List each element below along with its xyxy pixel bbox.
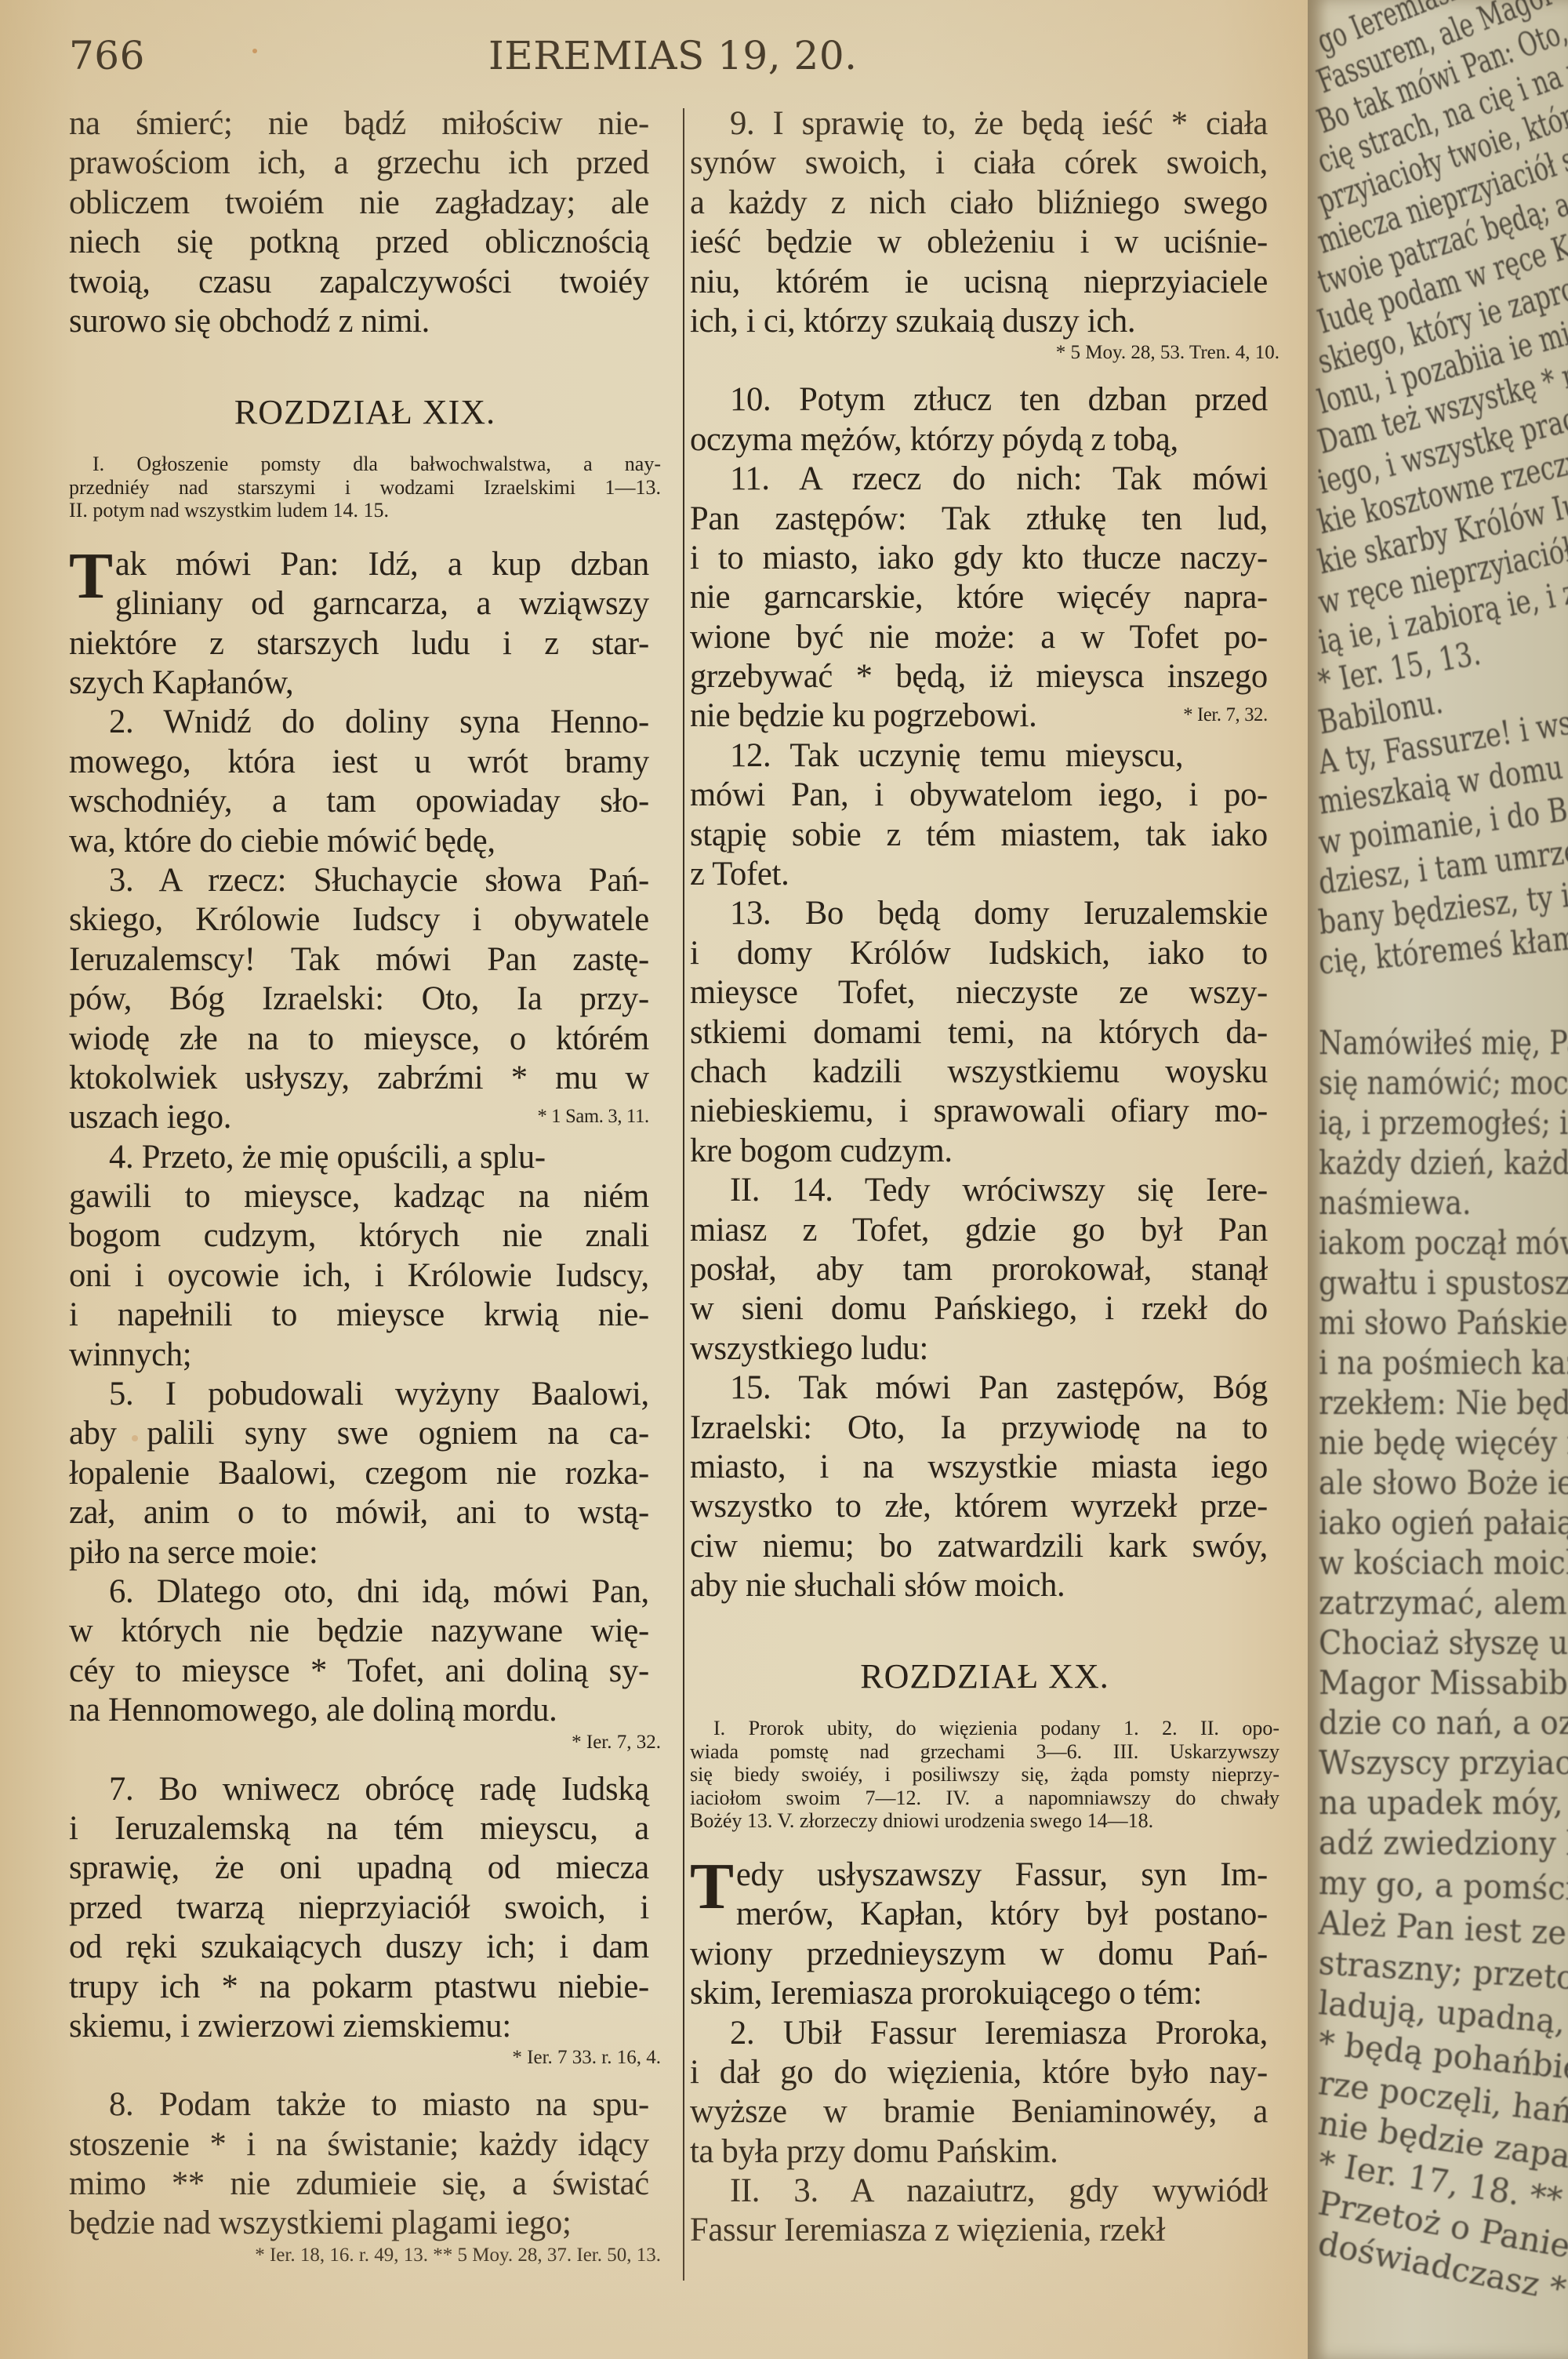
text-line-content: nie garncarskie, które więcéy napra- bbox=[690, 578, 1268, 616]
text-line: chach kadzili wszystkiemu woysku bbox=[690, 1052, 1268, 1091]
spacer bbox=[69, 522, 661, 544]
text-line: wiony przednieyszym w domu Pań- bbox=[690, 1934, 1268, 1973]
text-line: gliniany od garncarza, a wziąwszy bbox=[69, 583, 649, 623]
chapter-title: ROZDZIAŁ XX. bbox=[690, 1656, 1279, 1696]
text-line-content: surowo się obchodź z nimi. bbox=[69, 302, 430, 340]
text-line-content: II. 3. A nazaiutrz, gdy wywiódł bbox=[730, 2172, 1268, 2209]
text-line-content: i domy Królów Iudskich, iako to bbox=[690, 934, 1268, 972]
text-line-content: merów, Kapłan, który był postano- bbox=[736, 1895, 1268, 1932]
text-line-content: edy usłyszawszy Fassur, syn Im- bbox=[736, 1856, 1268, 1893]
text-line: skiemu, i zwierzowi ziemskiemu: bbox=[69, 2006, 649, 2045]
text-line-content: stkiemi domami temi, na których da- bbox=[690, 1013, 1268, 1051]
right-column: 9. I sprawię to, że będą ieść * ciałasyn… bbox=[690, 104, 1279, 2250]
text-line-content: w sieni domu Pańskiego, i rzekł do bbox=[690, 1289, 1268, 1327]
text-line: trupy ich * na pokarm ptastwu niebie- bbox=[69, 1967, 649, 2006]
spacer bbox=[69, 2070, 661, 2085]
text-line-content: 13. Bo będą domy Ieruzalemskie bbox=[730, 894, 1268, 932]
text-line-content: nie będzie ku pogrzebowi. bbox=[690, 696, 1036, 734]
text-line-content: 4. Przeto, że mię opuścili, a splu- bbox=[109, 1138, 546, 1176]
text-line: synów swoich, i ciała córek swoich, bbox=[690, 143, 1268, 182]
footnote: * Ier. 18, 16. r. 49, 13. ** 5 Moy. 28, … bbox=[69, 2243, 661, 2268]
text-line-content: mowego, która iest u wrót bramy bbox=[69, 743, 649, 780]
text-line: mieysce Tofet, nieczyste ze wszy- bbox=[690, 972, 1268, 1012]
text-line: i to miasto, iako gdy kto tłucze naczy- bbox=[690, 538, 1268, 577]
text-line: na śmierć; nie bądź miłościw nie- bbox=[69, 104, 649, 143]
text-line: surowo się obchodź z nimi. bbox=[69, 301, 649, 340]
text-line-content: niu, którém ie ucisną nieprzyiaciele bbox=[690, 263, 1268, 300]
text-line: posłał, aby tam prorokował, stanął bbox=[690, 1249, 1268, 1289]
text-line: sprawię, że oni upadną od miecza bbox=[69, 1848, 649, 1887]
spacer bbox=[690, 1833, 1279, 1855]
spacer bbox=[69, 2268, 661, 2282]
adjacent-page-line: iako ogień pałaiący, zam bbox=[1319, 1503, 1568, 1542]
text-line-content: 2. Wnidź do doliny syna Henno- bbox=[109, 703, 649, 740]
text-line-content: 7. Bo wniwecz obrócę radę Iudską bbox=[109, 1770, 649, 1808]
adjacent-page-line: gwałtu i spustoszenia krzy- bbox=[1319, 1263, 1568, 1302]
text-line-content: ak mówi Pan: Idź, a kup dzban bbox=[115, 545, 649, 583]
text-line: niu, którém ie ucisną nieprzyiaciele bbox=[690, 262, 1268, 301]
text-line-content: mimo ** nie zdumieie się, a świstać bbox=[69, 2165, 649, 2202]
text-line: w których nie będzie nazywane wię- bbox=[69, 1611, 649, 1650]
text-line-content: kre bogom cudzym. bbox=[690, 1132, 953, 1169]
text-line-content: będzie nad wszystkiemi plagami iego; bbox=[69, 2204, 572, 2241]
text-line-content: miasz z Tofet, gdzie go był Pan bbox=[690, 1211, 1268, 1249]
text-line-content: stąpię sobie z tém miastem, tak iako bbox=[690, 816, 1268, 853]
text-line: nie garncarskie, które więcéy napra- bbox=[690, 577, 1268, 616]
text-line-content: sprawię, że oni upadną od miecza bbox=[69, 1848, 649, 1886]
text-line: 3. A rzecz: Słuchaycie słowa Pań- bbox=[69, 860, 649, 900]
text-line-content: posłał, aby tam prorokował, stanął bbox=[690, 1250, 1268, 1288]
text-line-content: skiego, Królowie Iudscy i obywatele bbox=[69, 900, 649, 938]
running-head: 766 IEREMIAS 19, 20. bbox=[69, 33, 1276, 88]
text-line: 15. Tak mówi Pan zastępów, Bóg bbox=[690, 1368, 1268, 1407]
text-line-content: obliczem twoiém nie zagładzay; ale bbox=[69, 184, 649, 221]
text-line: a każdy z nich ciało bliźniego swego bbox=[690, 183, 1268, 222]
verse: 10. Potym ztłucz ten dzban przedoczyma m… bbox=[690, 380, 1279, 459]
text-line: łopalenie Baalowi, czegom nie rozka- bbox=[69, 1453, 649, 1492]
text-line-content: ieść będzie w obleżeniu i w uciśnie- bbox=[690, 223, 1268, 260]
footnote: * Ier. 7, 32. bbox=[69, 1730, 661, 1755]
running-title: IEREMIAS 19, 20. bbox=[488, 33, 858, 78]
text-line-content: céy to mieysce * Tofet, ani doliną sy- bbox=[69, 1652, 649, 1689]
footnote: * 5 Moy. 28, 53. Tren. 4, 10. bbox=[690, 340, 1279, 365]
text-line: mowego, która iest u wrót bramy bbox=[69, 742, 649, 781]
text-line: w sieni domu Pańskiego, i rzekł do bbox=[690, 1289, 1268, 1328]
text-line: stkiemi domami temi, na których da- bbox=[690, 1012, 1268, 1052]
text-line-content: 11. A rzecz do nich: Tak mówi bbox=[730, 460, 1268, 497]
text-line-content: II. 14. Tedy wróciwszy się Iere- bbox=[730, 1171, 1268, 1209]
text-line-content: 6. Dlatego oto, dni idą, mówi Pan, bbox=[109, 1572, 649, 1610]
text-line: ktokolwiek usłyszy, zabrźmi * mu w bbox=[69, 1058, 649, 1097]
verse: II. 14. Tedy wróciwszy się Iere-miasz z … bbox=[690, 1170, 1279, 1368]
text-line: będzie nad wszystkiemi plagami iego; bbox=[69, 2203, 649, 2242]
text-line-content: 3. A rzecz: Słuchaycie słowa Pań- bbox=[109, 861, 649, 899]
text-line: 11. A rzecz do nich: Tak mówi bbox=[690, 459, 1268, 498]
text-line: pów, Bóg Izraelski: Oto, Ia przy- bbox=[69, 979, 649, 1018]
text-line-content: gawili to mieysce, kadząc na niém bbox=[69, 1177, 649, 1215]
text-line: niech się potkną przed oblicznością bbox=[69, 222, 649, 261]
text-line-content: i dał go do więzienia, które było nay- bbox=[690, 2053, 1268, 2091]
text-line: 7. Bo wniwecz obrócę radę Iudską bbox=[69, 1769, 649, 1808]
text-line: i napełnili to mieysce krwią nie- bbox=[69, 1295, 649, 1334]
spacer bbox=[690, 365, 1279, 380]
text-line-content: oczyma mężów, którzy póydą z tobą, bbox=[690, 420, 1178, 458]
text-line: ich, i ci, którzy szukaią duszy ich. bbox=[690, 301, 1268, 340]
text-line-content: pów, Bóg Izraelski: Oto, Ia przy- bbox=[69, 980, 649, 1017]
text-line: prawościom ich, a grzechu ich przed bbox=[69, 143, 649, 182]
text-line-content: mieysce Tofet, nieczyste ze wszy- bbox=[690, 973, 1268, 1011]
text-line-content: wyższe w bramie Beniaminowéy, a bbox=[690, 2092, 1268, 2130]
text-line: winnych; bbox=[69, 1335, 649, 1374]
text-line: Ieruzalemscy! Tak mówi Pan zastę- bbox=[69, 940, 649, 979]
page-number: 766 bbox=[69, 33, 145, 78]
text-line: miasz z Tofet, gdzie go był Pan bbox=[690, 1210, 1268, 1249]
text-line: merów, Kapłan, który był postano- bbox=[690, 1894, 1268, 1933]
adjacent-page-line: na upadek móy, mówiąc bbox=[1319, 1783, 1568, 1822]
text-line: ta była przy domu Pańskim. bbox=[690, 2132, 1268, 2171]
chapter-summary-line: się biedy swoiéy, i posiliwszy się, żąda… bbox=[690, 1763, 1279, 1787]
text-line-content: ciw niemu; bo zatwardzili kark swóy, bbox=[690, 1527, 1268, 1565]
adjacent-page-line: Namówiłeś mię, Panie! a bbox=[1319, 1023, 1568, 1062]
column-divider bbox=[683, 108, 684, 2281]
text-line: II. 3. A nazaiutrz, gdy wywiódł bbox=[690, 2171, 1268, 2210]
adjacent-page-line: w kościach moich, którym bbox=[1319, 1543, 1568, 1582]
text-line-content: 15. Tak mówi Pan zastępów, Bóg bbox=[730, 1369, 1268, 1406]
footnote: * Ier. 7, 32. bbox=[1183, 696, 1268, 735]
text-line: zał, anim o to mówił, ani to wstą- bbox=[69, 1492, 649, 1532]
adjacent-page-line: ią, i przemogłeś; iestem na bbox=[1319, 1103, 1568, 1142]
text-line: wschodniéy, a tam opowiaday sło- bbox=[69, 781, 649, 820]
text-line: mówi Pan, i obywatelom iego, i po- bbox=[690, 775, 1268, 814]
verse: 11. A rzecz do nich: Tak mówiPan zastępó… bbox=[690, 459, 1279, 736]
adjacent-page-line: ale słowo Boże iest w sercu bbox=[1319, 1463, 1568, 1502]
text-line: Fassur Ieremiasza z więzienia, rzekł bbox=[690, 2210, 1268, 2249]
adjacent-page-line: rzekłem: Nie będę go wspomi bbox=[1319, 1383, 1568, 1422]
text-line-content: niektóre z starszych ludu i z star- bbox=[69, 624, 649, 662]
text-line-content: miasto, i na wszystkie miasta iego bbox=[690, 1448, 1268, 1485]
text-line-content: uszach iego. bbox=[69, 1098, 231, 1136]
text-line: wione być nie może: a w Tofet po- bbox=[690, 617, 1268, 656]
footnote: * Ier. 7 33. r. 16, 4. bbox=[69, 2045, 661, 2070]
chapter-summary-line: I. Prorok ubity, do więzienia podany 1. … bbox=[690, 1717, 1279, 1740]
text-line-content: z Tofet. bbox=[690, 855, 789, 892]
verse: 4. Przeto, że mię opuścili, a splu-gawil… bbox=[69, 1137, 661, 1374]
text-line: wszystko to złe, którem wyrzekł prze- bbox=[690, 1486, 1268, 1525]
text-line: niebieskiemu, i sprawowali ofiary mo- bbox=[690, 1091, 1268, 1130]
verse: Tak mówi Pan: Idź, a kup dzbangliniany o… bbox=[69, 544, 661, 703]
text-line: wa, które do ciebie mówić będę, bbox=[69, 821, 649, 860]
chapter-summary-line: przedniéy nad starszymi i wodzami Izrael… bbox=[69, 476, 661, 500]
text-line-content: na Hennomowego, ale doliną mordu. bbox=[69, 1691, 557, 1728]
text-line: Pan zastępów: Tak ztłukę ten lud, bbox=[690, 499, 1268, 538]
text-line-content: 10. Potym ztłucz ten dzban przed bbox=[730, 380, 1268, 418]
text-line-content: w których nie będzie nazywane wię- bbox=[69, 1612, 649, 1649]
text-line: 13. Bo będą domy Ieruzalemskie bbox=[690, 893, 1268, 932]
text-line-content: stoszenie * i na świstanie; każdy idący bbox=[69, 2125, 649, 2163]
verse: 9. I sprawię to, że będą ieść * ciałasyn… bbox=[690, 104, 1279, 380]
text-line: stąpię sobie z tém miastem, tak iako bbox=[690, 815, 1268, 854]
chapter-summary-line: I. Ogłoszenie pomsty dla bałwochwalstwa,… bbox=[69, 453, 661, 476]
text-line-content: oni i oycowie ich, i Królowie Iudscy, bbox=[69, 1256, 649, 1294]
text-line-content: gliniany od garncarza, a wziąwszy bbox=[115, 584, 649, 622]
text-line-content: piło na serce moie: bbox=[69, 1533, 318, 1571]
text-line-content: wiony przednieyszym w domu Pań- bbox=[690, 1935, 1268, 1972]
chapter-summary-line: Bożéy 13. V. złorzeczy dniowi urodzenia … bbox=[690, 1809, 1279, 1833]
spacer bbox=[69, 1755, 661, 1769]
text-line-content: na śmierć; nie bądź miłościw nie- bbox=[69, 104, 649, 142]
text-line-content: i to miasto, iako gdy kto tłucze naczy- bbox=[690, 539, 1268, 576]
adjacent-page-line: zatrzymać, alem nie mógł, bbox=[1319, 1583, 1568, 1622]
text-line: 2. Ubił Fassur Ieremiasza Proroka, bbox=[690, 2013, 1268, 2052]
text-line-content: wschodniéy, a tam opowiaday sło- bbox=[69, 782, 649, 820]
text-line: II. 14. Tedy wróciwszy się Iere- bbox=[690, 1170, 1268, 1209]
text-line-content: mówi Pan, i obywatelom iego, i po- bbox=[690, 776, 1268, 813]
text-line: céy to mieysce * Tofet, ani doliną sy- bbox=[69, 1651, 649, 1690]
text-line: szych Kapłanów, bbox=[69, 663, 649, 702]
adjacent-page-line: każdy dzień, każdy się bbox=[1319, 1143, 1568, 1182]
verse: 12. Tak uczynię temu mieyscu,mówi Pan, i… bbox=[690, 736, 1279, 894]
text-line-content: wiodę złe na to mieysce, o którém bbox=[69, 1020, 649, 1057]
verse: 15. Tak mówi Pan zastępów, BógIzraelski:… bbox=[690, 1368, 1279, 1605]
text-line-content: ta była przy domu Pańskim. bbox=[690, 2132, 1058, 2170]
verse: 2. Wnidź do doliny syna Henno-mowego, kt… bbox=[69, 702, 661, 860]
adjacent-page-line: Chociaż słyszę urąganie od wie bbox=[1319, 1623, 1568, 1662]
adjacent-page-line: i na pośmiech każdy dzień bbox=[1319, 1343, 1568, 1382]
text-line: z Tofet. bbox=[690, 854, 1268, 893]
text-line: i domy Królów Iudskich, iako to bbox=[690, 933, 1268, 972]
text-line: 9. I sprawię to, że będą ieść * ciała bbox=[690, 104, 1268, 143]
text-line-content: wa, które do ciebie mówić będę, bbox=[69, 822, 495, 860]
text-line: grzebywać * będą, iż mieysca inszego bbox=[690, 656, 1268, 696]
text-line: na Hennomowego, ale doliną mordu. bbox=[69, 1690, 649, 1729]
text-line: oczyma mężów, którzy póydą z tobą, bbox=[690, 420, 1268, 459]
text-line: wyższe w bramie Beniaminowéy, a bbox=[690, 2092, 1268, 2131]
verse: 6. Dlatego oto, dni idą, mówi Pan,w któr… bbox=[69, 1572, 661, 1769]
text-line: bogom cudzym, których nie znali bbox=[69, 1216, 649, 1255]
text-line-content: przed twarzą nieprzyiaciół swoich, i bbox=[69, 1888, 649, 1926]
adjacent-page-line: Wszyscy przyiaciele mo bbox=[1319, 1743, 1568, 1782]
book-page: 766 IEREMIAS 19, 20. na śmierć; nie bądź… bbox=[0, 0, 1308, 2359]
text-line: ciw niemu; bo zatwardzili kark swóy, bbox=[690, 1526, 1268, 1565]
text-line: nie będzie ku pogrzebowi.* Ier. 7, 32. bbox=[690, 696, 1268, 735]
text-line-content: prawościom ich, a grzechu ich przed bbox=[69, 144, 649, 181]
text-line-content: skiemu, i zwierzowi ziemskiemu: bbox=[69, 2007, 511, 2045]
text-line: miasto, i na wszystkie miasta iego bbox=[690, 1447, 1268, 1486]
text-line: niektóre z starszych ludu i z star- bbox=[69, 623, 649, 663]
chapter-summary-line: iaciołom swoim 7—12. IV. a napomniawszy … bbox=[690, 1787, 1279, 1810]
adjacent-page-line: naśmiewa. bbox=[1319, 1183, 1471, 1222]
text-line: wszystkiego ludu: bbox=[690, 1329, 1268, 1368]
text-line-content: niech się potkną przed oblicznością bbox=[69, 223, 649, 260]
text-line-content: ich, i ci, którzy szukaią duszy ich. bbox=[690, 302, 1135, 340]
text-line: 5. I pobudowali wyżyny Baalowi, bbox=[69, 1374, 649, 1413]
verse: 5. I pobudowali wyżyny Baalowi,aby palil… bbox=[69, 1374, 661, 1572]
left-column: na śmierć; nie bądź miłościw nie-prawośc… bbox=[69, 104, 661, 2282]
text-line: stoszenie * i na świstanie; każdy idący bbox=[69, 2125, 649, 2164]
text-line-content: zał, anim o to mówił, ani to wstą- bbox=[69, 1493, 649, 1531]
text-line: skim, Ieremiasza prorokuiącego o tém: bbox=[690, 1973, 1268, 2012]
text-line: Izraelski: Oto, Ia przywiodę na to bbox=[690, 1408, 1268, 1447]
text-line: edy usłyszawszy Fassur, syn Im- bbox=[690, 1855, 1268, 1894]
text-line: mimo ** nie zdumieie się, a świstać bbox=[69, 2164, 649, 2203]
text-line: 2. Wnidź do doliny syna Henno- bbox=[69, 702, 649, 741]
text-line: ieść będzie w obleżeniu i w uciśnie- bbox=[690, 222, 1268, 261]
text-line-content: niebieskiemu, i sprawowali ofiary mo- bbox=[690, 1092, 1268, 1129]
text-line-content: chach kadzili wszystkiemu woysku bbox=[690, 1052, 1268, 1090]
text-line: uszach iego.* 1 Sam. 3, 11. bbox=[69, 1097, 649, 1136]
footnote: * 1 Sam. 3, 11. bbox=[538, 1097, 649, 1136]
text-line-content: aby nie słuchali słów moich. bbox=[690, 1566, 1065, 1604]
text-line-content: grzebywać * będą, iż mieysca inszego bbox=[690, 657, 1268, 695]
text-line-content: i napełnili to mieysce krwią nie- bbox=[69, 1296, 649, 1333]
text-line: 12. Tak uczynię temu mieyscu, bbox=[690, 736, 1268, 775]
text-line: skiego, Królowie Iudscy i obywatele bbox=[69, 900, 649, 939]
verse: 8. Podam także to miasto na spu-stoszeni… bbox=[69, 2085, 661, 2282]
adjacent-page-line: dzie co nań, a oznaymiemy t bbox=[1319, 1703, 1568, 1742]
text-line-content: twoią, czasu zapalczywości twoiéy bbox=[69, 263, 649, 300]
text-line: aby palili syny swe ogniem na ca- bbox=[69, 1413, 649, 1452]
text-line: wiodę złe na to mieysce, o którém bbox=[69, 1019, 649, 1058]
verse: II. 3. A nazaiutrz, gdy wywiódłFassur Ie… bbox=[690, 2171, 1279, 2250]
text-line: od ręki szukaiących duszy ich; i dam bbox=[69, 1927, 649, 1966]
text-line-content: Izraelski: Oto, Ia przywiodę na to bbox=[690, 1408, 1268, 1446]
text-line-content: winnych; bbox=[69, 1336, 191, 1373]
text-line-content: Ieruzalemscy! Tak mówi Pan zastę- bbox=[69, 940, 649, 978]
verse: 3. A rzecz: Słuchaycie słowa Pań-skiego,… bbox=[69, 860, 661, 1137]
text-line: przed twarzą nieprzyiaciół swoich, i bbox=[69, 1888, 649, 1927]
verse: 7. Bo wniwecz obrócę radę Iudskąi Ieruza… bbox=[69, 1769, 661, 2085]
text-line: obliczem twoiém nie zagładzay; ale bbox=[69, 183, 649, 222]
text-line: piło na serce moie: bbox=[69, 1532, 649, 1572]
text-line-content: 2. Ubił Fassur Ieremiasza Proroka, bbox=[730, 2014, 1268, 2052]
text-line-content: Fassur Ieremiasza z więzienia, rzekł bbox=[690, 2211, 1165, 2248]
adjacent-page-line: adź zwiedziony będzie, i prze bbox=[1319, 1823, 1568, 1863]
verse: 13. Bo będą domy Ieruzalemskiei domy Kró… bbox=[690, 893, 1279, 1170]
text-line-content: Pan zastępów: Tak ztłukę ten lud, bbox=[690, 500, 1268, 537]
text-line: 4. Przeto, że mię opuścili, a splu- bbox=[69, 1137, 649, 1176]
text-line-content: od ręki szukaiących duszy ich; i dam bbox=[69, 1928, 649, 1965]
text-line-content: i Ieruzalemską na tém mieyscu, a bbox=[69, 1809, 649, 1847]
chapter-summary-line: II. potym nad wszystkim ludem 14. 15. bbox=[69, 499, 661, 522]
chapter-title: ROZDZIAŁ XIX. bbox=[69, 392, 661, 432]
text-line-content: wszystko to złe, którem wyrzekł prze- bbox=[690, 1487, 1268, 1525]
text-line-content: 8. Podam także to miasto na spu- bbox=[109, 2085, 649, 2123]
text-line-content: trupy ich * na pokarm ptastwu niebie- bbox=[69, 1968, 649, 2005]
text-line: oni i oycowie ich, i Królowie Iudscy, bbox=[69, 1256, 649, 1295]
text-line: i dał go do więzienia, które było nay- bbox=[690, 2052, 1268, 2092]
text-line: 10. Potym ztłucz ten dzban przed bbox=[690, 380, 1268, 419]
adjacent-page-line: się namówić; mocnieyszyś bbox=[1319, 1063, 1568, 1102]
chapter-summary-line: wiada pomstę nad grzechami 3—6. III. Usk… bbox=[690, 1740, 1279, 1764]
adjacent-page-line: nie będę więcéy mówił w imie bbox=[1319, 1423, 1568, 1462]
text-line-content: skim, Ieremiasza prorokuiącego o tém: bbox=[690, 1974, 1202, 2012]
text-line-content: szych Kapłanów, bbox=[69, 663, 293, 701]
text-line-content: wszystkiego ludu: bbox=[690, 1329, 928, 1367]
text-line: kre bogom cudzym. bbox=[690, 1131, 1268, 1170]
adjacent-page-line: mi słowo Pańskie iest ku po- bbox=[1319, 1303, 1568, 1342]
text-line: twoią, czasu zapalczywości twoiéy bbox=[69, 262, 649, 301]
adjacent-page-line: Magor Missabiba, mówiących bbox=[1319, 1663, 1568, 1702]
text-line-content: wione być nie może: a w Tofet po- bbox=[690, 618, 1268, 656]
text-line: ak mówi Pan: Idź, a kup dzban bbox=[69, 544, 649, 583]
text-line: 8. Podam także to miasto na spu- bbox=[69, 2085, 649, 2124]
text-line-content: 9. I sprawię to, że będą ieść * ciała bbox=[730, 104, 1268, 142]
verse: Tedy usłyszawszy Fassur, syn Im-merów, K… bbox=[690, 1855, 1279, 2013]
text-line: 6. Dlatego oto, dni idą, mówi Pan, bbox=[69, 1572, 649, 1611]
text-line-content: a każdy z nich ciało bliźniego swego bbox=[690, 184, 1268, 221]
text-line: i Ieruzalemską na tém mieyscu, a bbox=[69, 1808, 649, 1848]
text-line: gawili to mieysce, kadząc na niém bbox=[69, 1176, 649, 1216]
text-line-content: synów swoich, i ciała córek swoich, bbox=[690, 144, 1268, 181]
text-line: aby nie słuchali słów moich. bbox=[690, 1565, 1268, 1605]
text-line-content: 5. I pobudowali wyżyny Baalowi, bbox=[109, 1375, 649, 1412]
adjacent-page-line: iakom począł mówić, wo- bbox=[1319, 1223, 1568, 1262]
adjacent-page-edge: go Ieremiasz:Fassurem, ale Magor MiBo ta… bbox=[1308, 0, 1568, 2359]
text-line-content: bogom cudzym, których nie znali bbox=[69, 1216, 649, 1254]
text-line-content: 12. Tak uczynię temu mieyscu, bbox=[730, 736, 1183, 774]
text-line-content: aby palili syny swe ogniem na ca- bbox=[69, 1414, 649, 1452]
verse: 2. Ubił Fassur Ieremiasza Proroka,i dał … bbox=[690, 2013, 1279, 2172]
text-line-content: ktokolwiek usłyszy, zabrźmi * mu w bbox=[69, 1059, 649, 1096]
text-line-content: łopalenie Baalowi, czegom nie rozka- bbox=[69, 1454, 649, 1492]
